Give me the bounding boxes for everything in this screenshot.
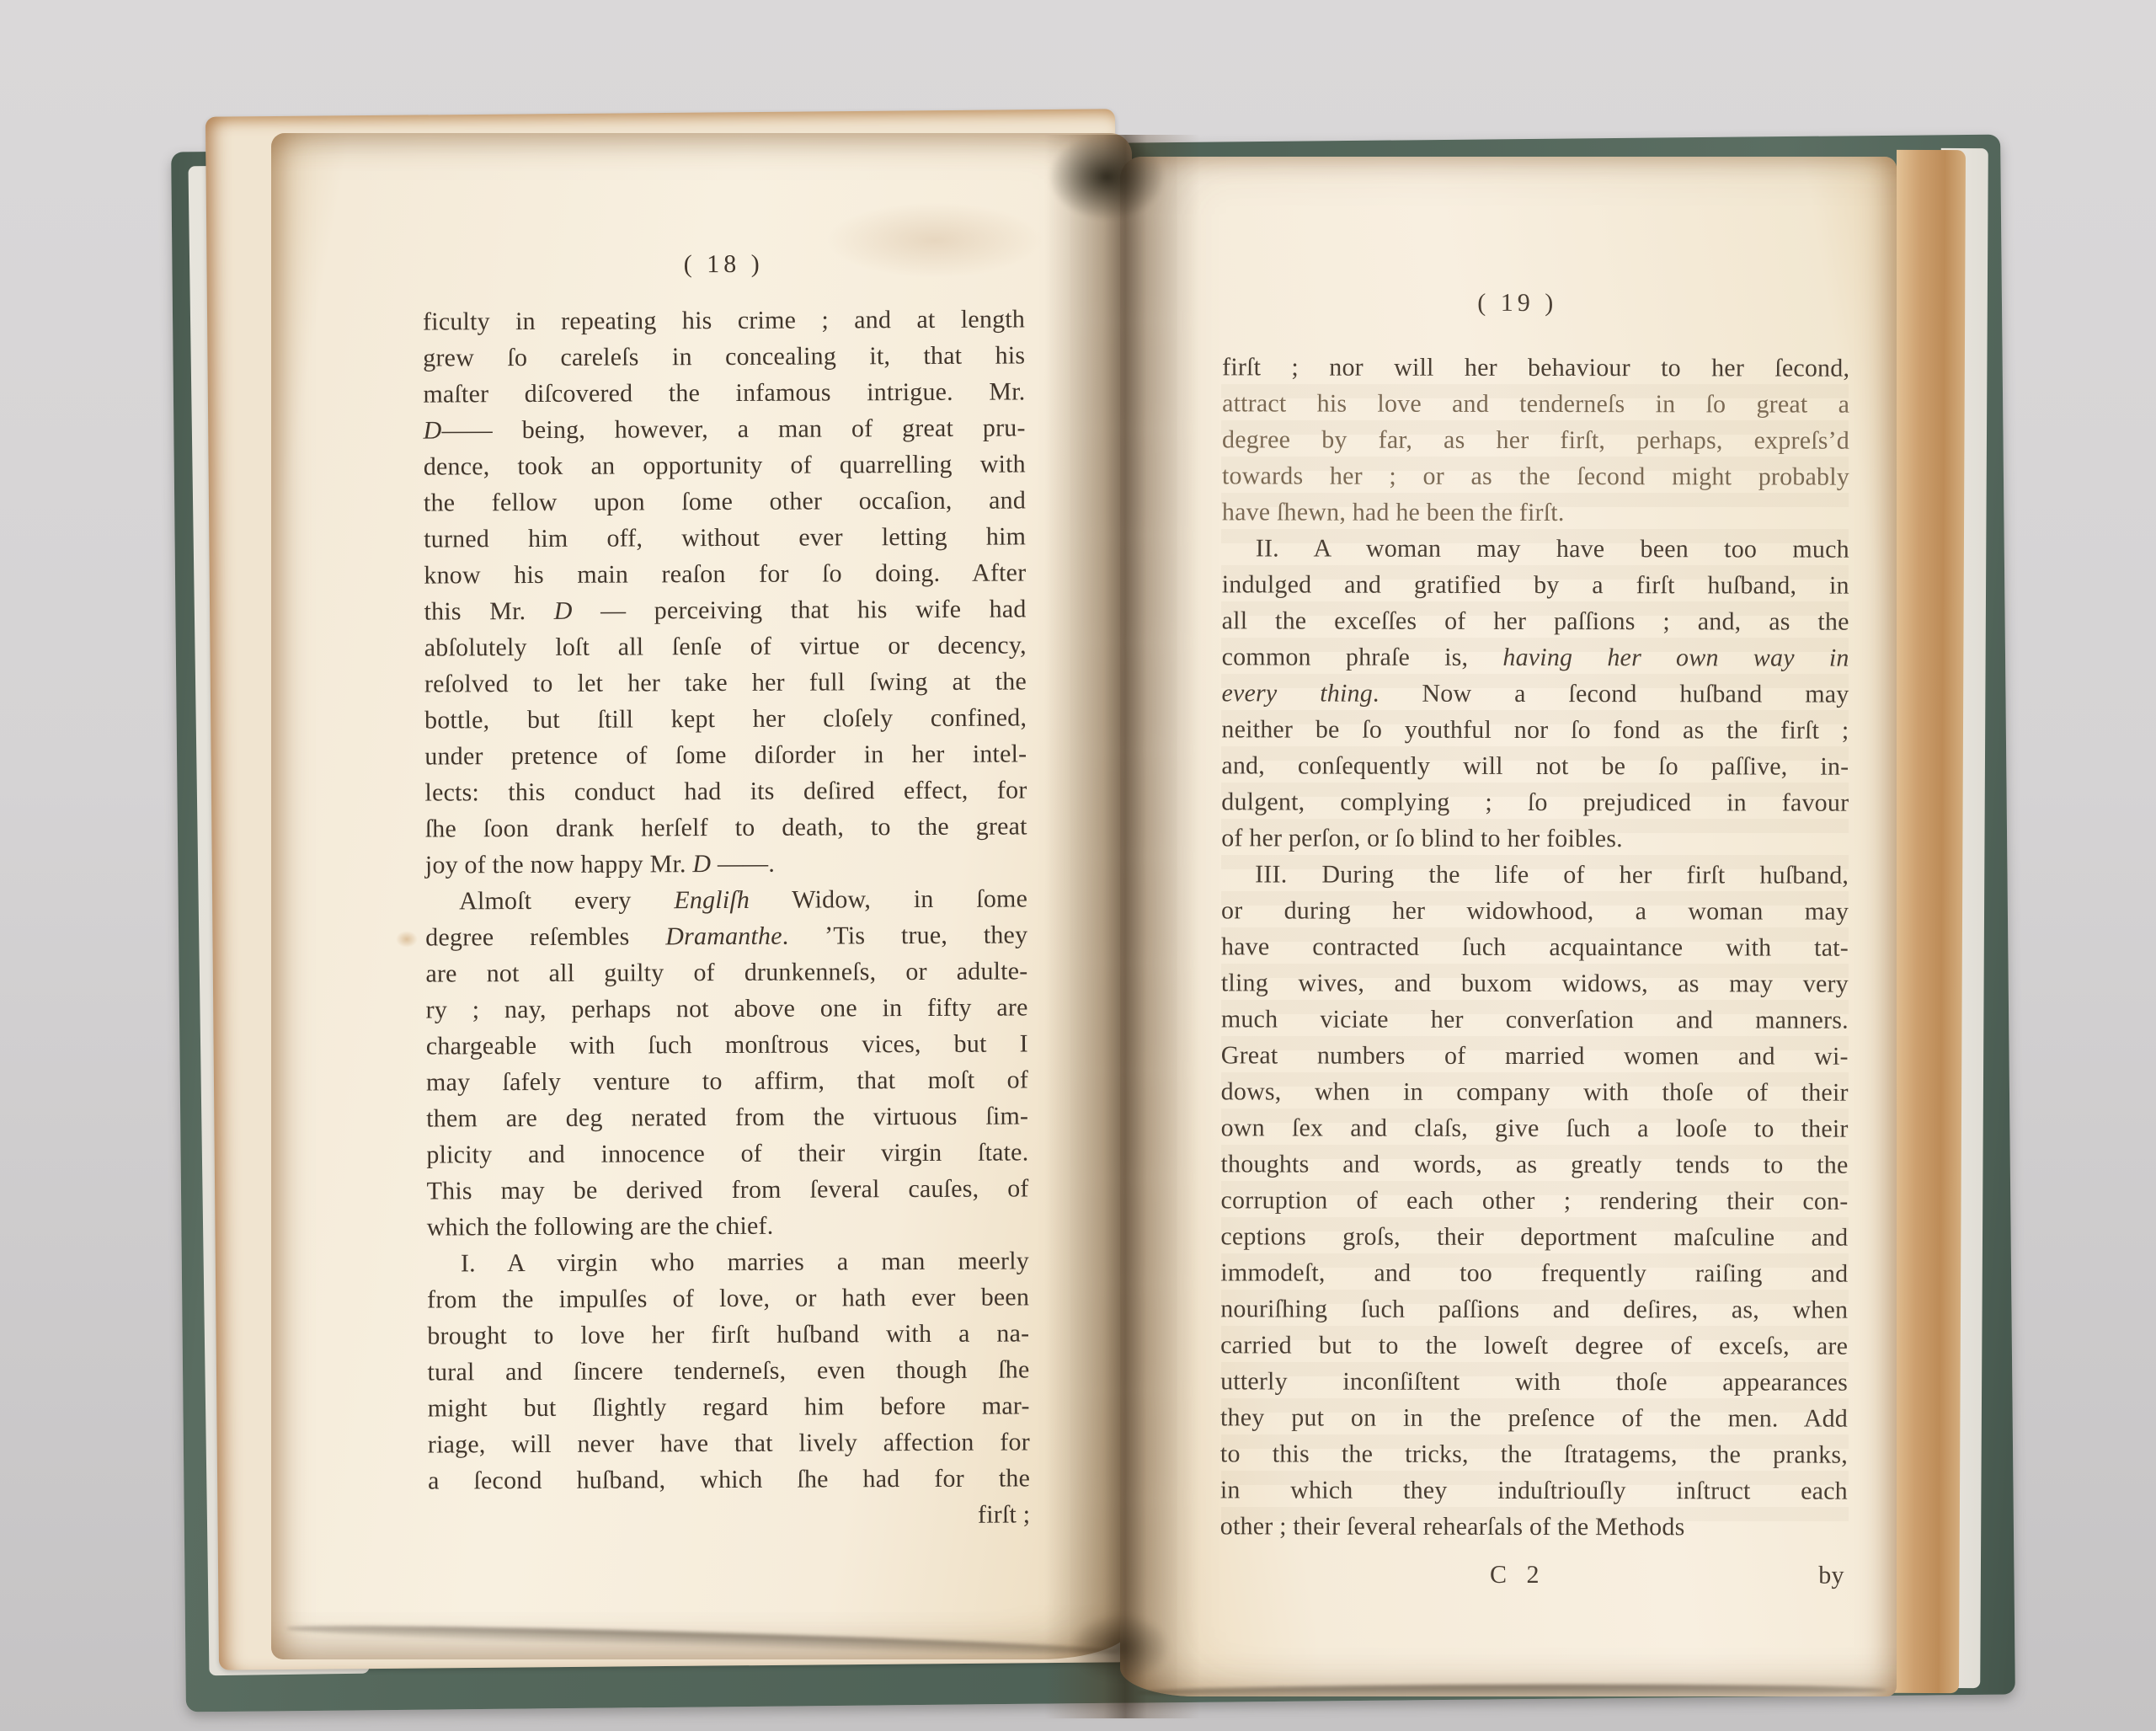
text-line: firſt ; [428, 1496, 1030, 1535]
text-segment: common phraſe is, [1222, 643, 1503, 671]
photo-canvas: ( 18 ) ficulty in repeating his crime ; … [0, 0, 2156, 1731]
text-line: are not all guilty of drunkenneſs, or ad… [425, 953, 1027, 991]
text-segment: brought to love her firſt huſband with a… [427, 1319, 1029, 1349]
right-page-footer: C 2 by [1220, 1554, 1848, 1595]
text-segment: carried but to the loweſt degree of exce… [1220, 1331, 1848, 1360]
text-segment: them are deg nerated from the virtuous ſ… [426, 1102, 1028, 1132]
left-page-number: ( 18 ) [423, 244, 1025, 283]
text-segment: Widow, in ſome [750, 884, 1027, 913]
text-segment: dulgent, complying ; ſo prejudiced in fa… [1221, 788, 1849, 816]
text-segment: immodeſt, and too frequently raiſing and [1220, 1258, 1848, 1287]
text-segment: —— being, however, a man of great pru- [441, 414, 1025, 444]
text-line: riage, will never have that lively affec… [428, 1424, 1030, 1462]
text-segment: lects: this conduct had its deſired effe… [424, 776, 1027, 806]
left-page-text: ( 18 ) ficulty in repeating his crime ; … [423, 244, 1031, 1535]
text-line: from the impulſes of love, or hath ever … [427, 1279, 1029, 1317]
text-line: ry ; nay, perhaps not above one in fifty… [426, 989, 1028, 1028]
text-segment: thoughts and words, as greatly tends to … [1221, 1150, 1849, 1178]
page-stain [396, 931, 418, 948]
text-line: other ; their ſeveral rehearſals of the … [1220, 1508, 1848, 1545]
text-line: may ſafely venture to affirm, that moſt … [426, 1061, 1028, 1100]
text-segment: know his main reaſon for ſo doing. After [424, 558, 1026, 589]
text-segment: Almoſt every [459, 886, 674, 915]
right-fore-edge-stack [1890, 150, 1966, 1693]
text-segment: under pretence of ſome diſorder in her i… [424, 740, 1027, 770]
text-line: immodeſt, and too frequently raiſing and [1220, 1254, 1848, 1291]
italic-text-segment: D [424, 416, 442, 444]
right-page-number: ( 19 ) [1203, 284, 1831, 321]
text-line: chargeable with ſuch monſtrous vices, bu… [426, 1025, 1028, 1064]
text-segment: This may be derived from ſeveral cauſes,… [426, 1174, 1028, 1205]
text-segment: have contracted ſuch acquaintance with t… [1221, 932, 1849, 961]
text-line: know his main reaſon for ſo doing. After [424, 554, 1026, 593]
text-line: plicity and innocence of their virgin ſt… [426, 1134, 1028, 1173]
text-line: or during her widowhood, a woman may [1221, 892, 1849, 929]
text-segment: II. A woman may have been too much [1256, 534, 1849, 563]
text-line: firſt ; nor will her behaviour to her ſe… [1222, 349, 1849, 386]
text-segment: firſt ; nor will her behaviour to her ſe… [1222, 353, 1849, 382]
text-line: neither be ſo youthful nor ſo fond as th… [1221, 711, 1849, 748]
text-line: dulgent, complying ; ſo prejudiced in fa… [1221, 783, 1849, 820]
text-segment: neither be ſo youthful nor ſo fond as th… [1221, 715, 1849, 744]
text-segment: all the exceſſes of her paſſions ; and, … [1222, 606, 1849, 635]
text-segment: a ſecond huſband, which ſhe had for the [428, 1464, 1030, 1494]
text-line: of her perſon, or ſo blind to her foible… [1221, 820, 1849, 857]
text-line: This may be derived from ſeveral cauſes,… [426, 1170, 1028, 1209]
italic-text-segment: D [692, 850, 711, 878]
text-line: and, conſequently will not be ſo paſſive… [1221, 747, 1849, 784]
text-line: carried but to the loweſt degree of exce… [1220, 1327, 1848, 1364]
text-segment: joy of the now happy Mr. [425, 850, 693, 879]
text-line: common phraſe is, having her own way in [1222, 638, 1849, 676]
text-line: ficulty in repeating his crime ; and at … [423, 301, 1025, 339]
text-segment: ceptions groſs, their deportment maſculi… [1220, 1222, 1848, 1251]
text-line: in which they induſtriouſly inſtruct eac… [1220, 1472, 1848, 1509]
text-line: Almoſt every Engliſh Widow, in ſome [425, 880, 1027, 919]
text-line: under pretence of ſome diſorder in her i… [424, 735, 1027, 774]
text-line: much viciate her converſation and manner… [1221, 1001, 1849, 1038]
text-segment: reſolved to let her take her full ſwing … [424, 667, 1027, 697]
text-line: indulged and gratified by a firſt huſban… [1222, 566, 1849, 603]
text-line: have contracted ſuch acquaintance with t… [1221, 928, 1849, 965]
text-segment: maſter diſcovered the infamous intrigue.… [423, 377, 1025, 408]
text-segment: abſolutely loſt all ſenſe of virtue or d… [424, 631, 1027, 661]
italic-text-segment: having her own way in [1502, 644, 1849, 672]
text-segment: are not all guilty of drunkenneſs, or ad… [425, 957, 1027, 987]
text-segment: . ’Tis true, they [782, 921, 1028, 949]
italic-text-segment: D [554, 597, 573, 625]
text-segment: ficulty in repeating his crime ; and at … [423, 305, 1025, 335]
text-segment: to this the tricks, the ſtratagems, the … [1220, 1440, 1848, 1468]
text-segment: utterly inconſiſtent with thoſe appearan… [1220, 1367, 1848, 1396]
text-line: III. During the life of her firſt huſban… [1221, 856, 1849, 893]
text-line: them are deg nerated from the virtuous ſ… [426, 1098, 1028, 1136]
text-segment: indulged and gratified by a firſt huſban… [1222, 570, 1849, 599]
text-line: brought to love her firſt huſband with a… [427, 1315, 1029, 1354]
text-line: every thing. Now a ſecond huſband may [1221, 675, 1849, 712]
text-segment: dows, when in company with thoſe of thei… [1221, 1077, 1849, 1106]
text-segment: turned him off, without ever letting him [424, 522, 1026, 553]
text-segment: much viciate her converſation and manner… [1221, 1005, 1849, 1034]
text-line: degree by far, as her firſt, perhaps, ex… [1222, 421, 1849, 458]
text-line: own ſex and claſs, give ſuch a looſe to … [1221, 1109, 1849, 1146]
text-segment: plicity and innocence of their virgin ſt… [426, 1138, 1028, 1168]
text-line: degree reſembles Dramanthe. ’Tis true, t… [425, 916, 1027, 955]
text-segment: tling wives, and buxom widows, as may ve… [1221, 969, 1849, 997]
text-segment: of her perſon, or ſo blind to her foible… [1221, 824, 1623, 852]
text-segment: riage, will never have that lively affec… [428, 1428, 1030, 1458]
text-line: corruption of each other ; rendering the… [1220, 1182, 1848, 1219]
right-page-body: firſt ; nor will her behaviour to her ſe… [1220, 349, 1849, 1545]
text-segment: ——. [711, 850, 775, 878]
italic-text-segment: every thing [1221, 679, 1372, 707]
text-line: abſolutely loſt all ſenſe of virtue or d… [424, 627, 1027, 665]
text-line: the fellow upon ſome other occaſion, and [424, 482, 1026, 521]
text-line: this Mr. D — perceiving that his wife ha… [424, 590, 1026, 629]
text-segment: firſt ; [978, 1500, 1030, 1528]
gutter-top-shadow [1046, 133, 1181, 243]
text-line: I. A virgin who marries a man meerly [427, 1242, 1029, 1281]
signature-mark: C 2 [1490, 1555, 1546, 1595]
text-line: ſhe ſoon drank herſelf to death, to the … [425, 808, 1027, 847]
text-segment: ſhe ſoon drank herſelf to death, to the … [425, 812, 1027, 842]
text-line: tural and ſincere tenderneſs, even thoug… [427, 1351, 1029, 1390]
gutter-bottom-shadow [1057, 1596, 1183, 1689]
text-segment: degree by far, as her firſt, perhaps, ex… [1222, 425, 1849, 454]
text-line: to this the tricks, the ſtratagems, the … [1220, 1435, 1848, 1472]
text-line: nouriſhing ſuch paſſions and deſires, as… [1220, 1290, 1848, 1328]
text-line: all the exceſſes of her paſſions ; and, … [1222, 602, 1849, 639]
text-segment: which the following are the chief. [427, 1212, 774, 1242]
text-segment: in which they induſtriouſly inſtruct eac… [1220, 1476, 1848, 1504]
text-segment: grew ſo careleſs in concealing it, that … [423, 341, 1025, 371]
text-line: dows, when in company with thoſe of thei… [1221, 1073, 1849, 1110]
text-segment: the fellow upon ſome other occaſion, and [424, 486, 1026, 516]
text-segment: corruption of each other ; rendering the… [1220, 1186, 1848, 1215]
text-line: reſolved to let her take her full ſwing … [424, 663, 1027, 702]
text-segment: have ſhewn, had he been the firſt. [1222, 498, 1565, 526]
text-line: have ſhewn, had he been the firſt. [1222, 494, 1849, 531]
text-segment: they put on in the preſence of the men. … [1220, 1403, 1848, 1432]
text-line: lects: this conduct had its deſired effe… [424, 772, 1027, 810]
italic-text-segment: Dramanthe [665, 922, 782, 951]
text-segment: III. During the life of her firſt huſban… [1255, 860, 1849, 889]
right-page-text: ( 19 ) firſt ; nor will her behaviour to… [1220, 284, 1850, 1595]
text-segment: dence, took an opportunity of quarrellin… [424, 450, 1026, 480]
text-segment: ry ; nay, perhaps not above one in fifty… [426, 993, 1028, 1023]
text-line: ceptions groſs, their deportment maſculi… [1220, 1218, 1848, 1255]
text-segment: this Mr. [424, 597, 553, 626]
text-line: might but ſlightly regard him before mar… [428, 1387, 1030, 1426]
text-segment: from the impulſes of love, or hath ever … [427, 1283, 1029, 1313]
text-line: D—— being, however, a man of great pru- [424, 409, 1026, 448]
text-line: II. A woman may have been too much [1222, 530, 1849, 567]
text-line: tling wives, and buxom widows, as may ve… [1221, 964, 1849, 1002]
text-line: they put on in the preſence of the men. … [1220, 1399, 1848, 1436]
text-line: turned him off, without ever letting him [424, 518, 1026, 557]
gutter-shadow [1044, 135, 1200, 1718]
text-segment: attract his love and tenderneſs in ſo gr… [1222, 389, 1849, 418]
text-segment: and, conſequently will not be ſo paſſive… [1221, 751, 1849, 780]
text-segment: . Now a ſecond huſband may [1373, 680, 1849, 708]
text-segment: may ſafely venture to affirm, that moſt … [426, 1066, 1028, 1096]
text-segment: degree reſembles [425, 922, 665, 951]
catchword: by [1818, 1556, 1844, 1596]
text-line: bottle, but ſtill kept her cloſely confi… [424, 699, 1027, 738]
text-segment: Great numbers of married women and wi- [1221, 1041, 1849, 1070]
text-segment: or during her widowhood, a woman may [1221, 896, 1849, 925]
text-line: joy of the now happy Mr. D ——. [425, 844, 1027, 883]
text-line: grew ſo careleſs in concealing it, that … [423, 337, 1025, 376]
text-segment: chargeable with ſuch monſtrous vices, bu… [426, 1029, 1028, 1060]
text-line: maſter diſcovered the infamous intrigue.… [423, 373, 1025, 412]
text-segment: bottle, but ſtill kept her cloſely confi… [424, 703, 1027, 734]
left-page-body: ficulty in repeating his crime ; and at … [423, 301, 1030, 1535]
text-segment: might but ſlightly regard him before mar… [428, 1392, 1030, 1422]
text-line: attract his love and tenderneſs in ſo gr… [1222, 385, 1849, 422]
text-segment: — perceiving that his wife had [573, 595, 1027, 624]
text-line: which the following are the chief. [427, 1206, 1029, 1245]
text-line: a ſecond huſband, which ſhe had for the [428, 1460, 1030, 1499]
text-segment: tural and ſincere tenderneſs, even thoug… [427, 1355, 1029, 1386]
text-segment: towards her ; or as the ſecond might pro… [1222, 462, 1849, 490]
text-line: thoughts and words, as greatly tends to … [1220, 1146, 1848, 1183]
italic-text-segment: Engliſh [674, 886, 750, 914]
text-line: utterly inconſiſtent with thoſe appearan… [1220, 1363, 1848, 1400]
text-segment: own ſex and claſs, give ſuch a looſe to … [1221, 1114, 1849, 1142]
text-segment: I. A virgin who marries a man meerly [461, 1247, 1029, 1277]
text-segment: other ; their ſeveral rehearſals of the … [1220, 1512, 1685, 1541]
text-line: Great numbers of married women and wi- [1221, 1037, 1849, 1074]
text-line: dence, took an opportunity of quarrellin… [424, 446, 1026, 484]
text-line: towards her ; or as the ſecond might pro… [1222, 457, 1849, 494]
text-segment: nouriſhing ſuch paſſions and deſires, as… [1220, 1295, 1848, 1323]
